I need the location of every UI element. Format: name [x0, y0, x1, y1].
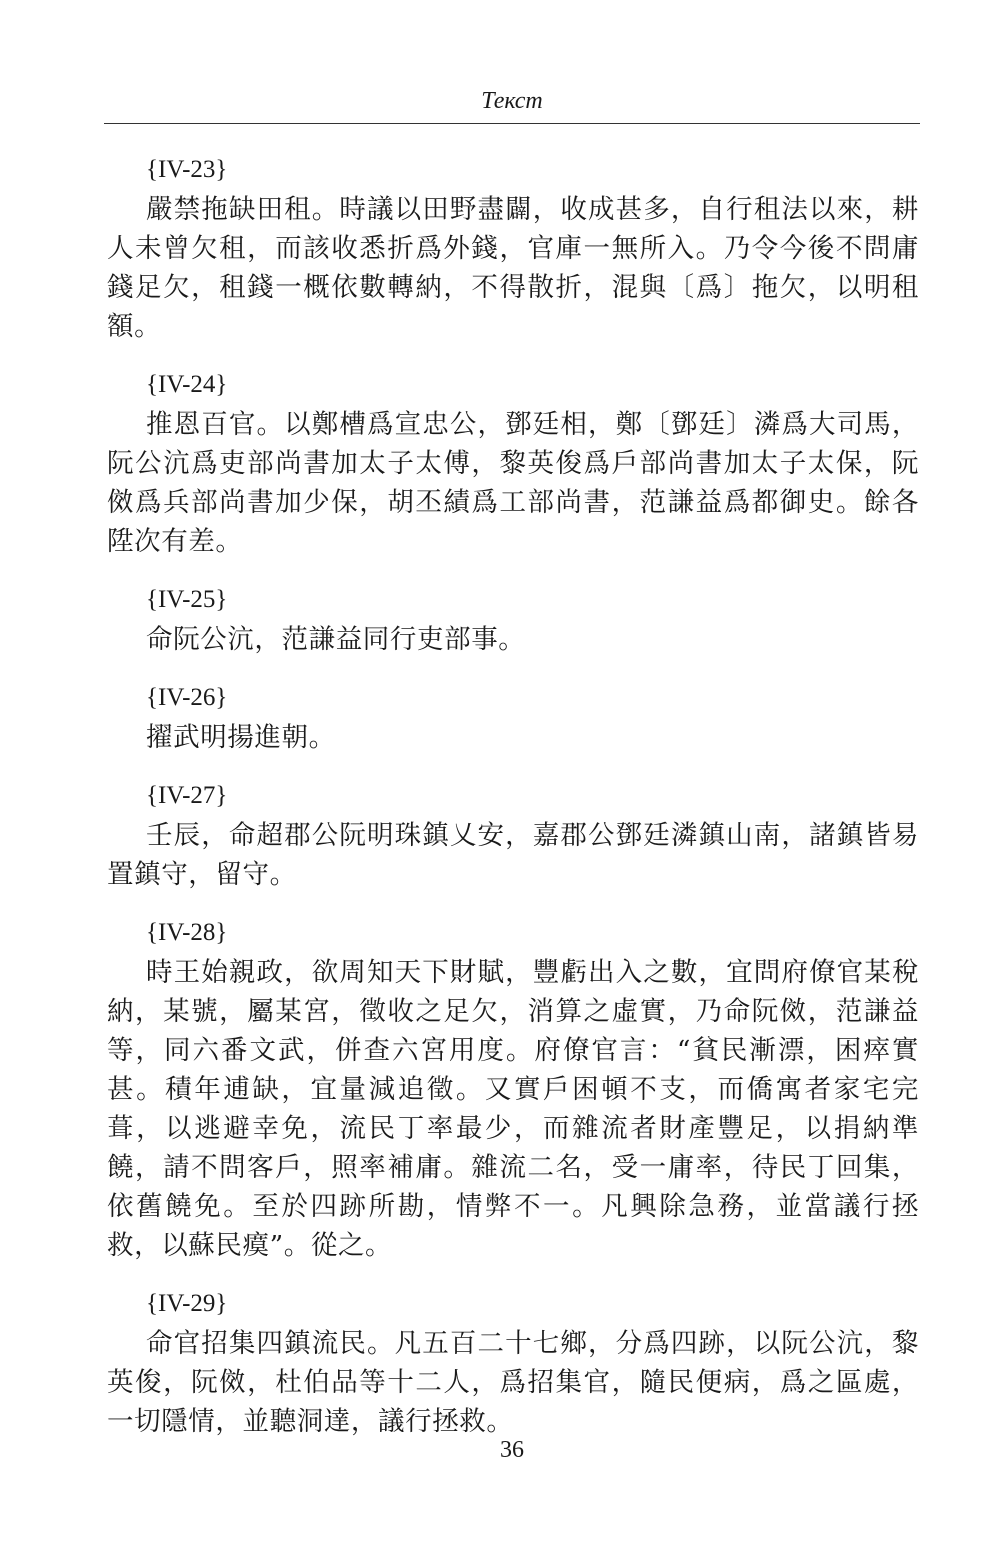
header-rule — [104, 123, 920, 124]
entry-iv-24: {IV-24} 推恩百官。以鄭槽爲宣忠公，鄧廷相，鄭〔鄧廷〕潾爲大司馬，阮公沆爲… — [107, 365, 919, 561]
entry-iv-23: {IV-23} 嚴禁拖缺田租。時議以田野盡闢，收成甚多，自行租法以來，耕人未曾欠… — [107, 150, 919, 346]
entry-iv-26: {IV-26} 擢武明揚進朝。 — [107, 678, 919, 757]
entry-text: 命阮公沆，范謙益同行吏部事。 — [107, 620, 919, 659]
entry-text: 時王始親政，欲周知天下財賦，豐虧出入之數，宜問府僚官某稅納，某號，屬某宮，徵收之… — [107, 953, 919, 1265]
entry-iv-28: {IV-28} 時王始親政，欲周知天下財賦，豐虧出入之數，宜問府僚官某稅納，某號… — [107, 913, 919, 1265]
entry-id: {IV-25} — [107, 580, 919, 620]
running-head: Текст — [104, 86, 920, 116]
entry-id: {IV-24} — [107, 365, 919, 405]
entry-id: {IV-29} — [107, 1284, 919, 1324]
entry-text: 命官招集四鎮流民。凡五百二十七鄉，分爲四跡，以阮公沆，黎英俊，阮傚，杜伯品等十二… — [107, 1324, 919, 1441]
entry-id: {IV-27} — [107, 776, 919, 816]
entry-text: 推恩百官。以鄭槽爲宣忠公，鄧廷相，鄭〔鄧廷〕潾爲大司馬，阮公沆爲吏部尚書加太子太… — [107, 405, 919, 561]
entry-iv-27: {IV-27} 壬辰，命超郡公阮明珠鎮乂安，嘉郡公鄧廷潾鎮山南，諸鎮皆易置鎮守，… — [107, 776, 919, 894]
entry-iv-25: {IV-25} 命阮公沆，范謙益同行吏部事。 — [107, 580, 919, 659]
document-body: {IV-23} 嚴禁拖缺田租。時議以田野盡闢，收成甚多，自行租法以來，耕人未曾欠… — [107, 150, 919, 1441]
entry-text: 擢武明揚進朝。 — [107, 718, 919, 757]
entry-id: {IV-26} — [107, 678, 919, 718]
page-number: 36 — [104, 1435, 920, 1465]
entry-text: 壬辰，命超郡公阮明珠鎮乂安，嘉郡公鄧廷潾鎮山南，諸鎮皆易置鎮守，留守。 — [107, 816, 919, 894]
entry-text: 嚴禁拖缺田租。時議以田野盡闢，收成甚多，自行租法以來，耕人未曾欠租，而該收悉折爲… — [107, 190, 919, 346]
entry-id: {IV-23} — [107, 150, 919, 190]
entry-iv-29: {IV-29} 命官招集四鎮流民。凡五百二十七鄉，分爲四跡，以阮公沆，黎英俊，阮… — [107, 1284, 919, 1441]
entry-id: {IV-28} — [107, 913, 919, 953]
